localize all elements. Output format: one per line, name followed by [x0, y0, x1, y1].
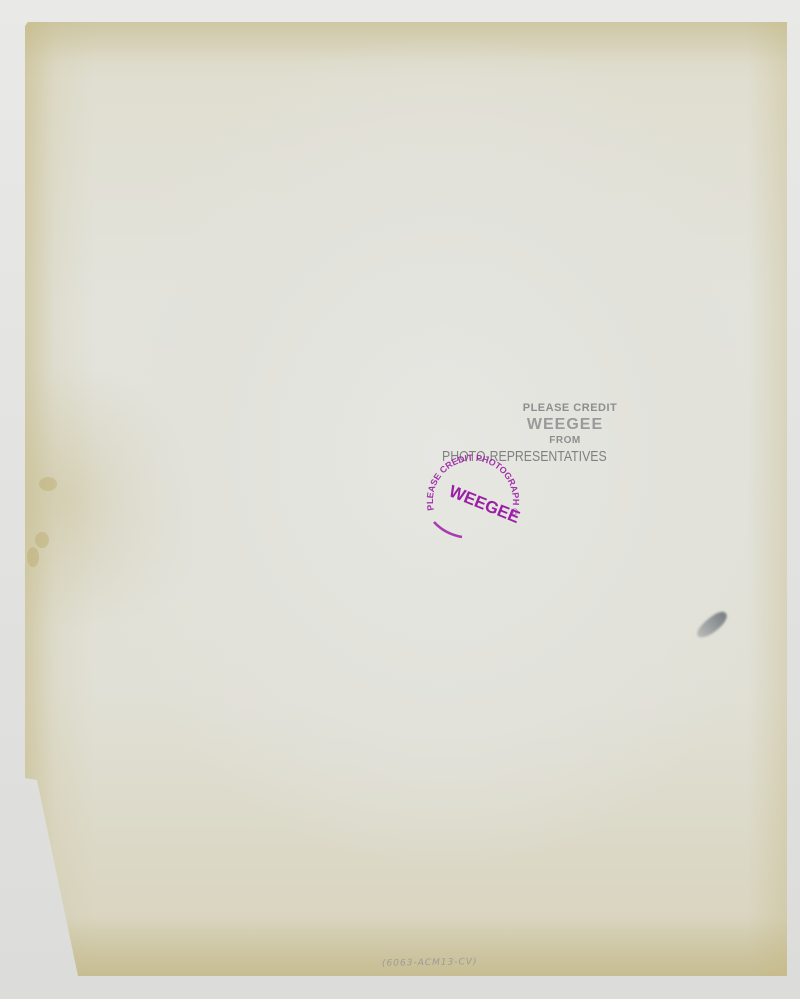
circular-credit-stamp: PLEASE CREDIT PHOTOGRAPH © WEEGEE — [420, 450, 530, 545]
credit-line-from: FROM — [460, 435, 670, 446]
pencil-inventory-note: (6063-ACM13-CV) — [382, 957, 478, 969]
water-stain — [35, 532, 49, 548]
photo-print-back — [25, 22, 787, 976]
water-stain — [39, 477, 57, 491]
credit-line-please-credit: PLEASE CREDIT — [470, 402, 670, 414]
stamp-ring-arc — [434, 522, 462, 537]
water-stain — [27, 547, 39, 567]
credit-line-name: WEEGEE — [460, 416, 670, 434]
